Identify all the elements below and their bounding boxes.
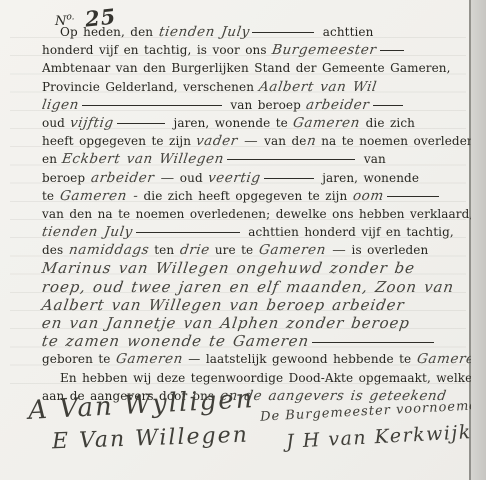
- printed-text: en: [42, 152, 62, 166]
- printed-text: Op heden, den: [60, 25, 159, 39]
- blank-fill-line: [117, 123, 165, 124]
- document-line: honderd vijf en tachtig, is voor ons Bur…: [42, 41, 468, 59]
- document-line: beroep arbeider — oud veertig jaren, won…: [42, 169, 468, 187]
- handwritten-text: vader —: [195, 132, 260, 150]
- handwritten-text: Burgemeester: [271, 41, 378, 59]
- document-line: heeft opgegeven te zijn vader — van den …: [42, 132, 468, 150]
- document-line: geboren te Gameren — laatstelijk gewoond…: [42, 350, 468, 368]
- blank-fill-line: [373, 105, 403, 106]
- printed-text: van beroep: [225, 98, 306, 112]
- death-certificate-scan: No. 25 Op heden, den tienden July achtti…: [0, 0, 486, 480]
- document-line: des namiddags ten drie ure te Gameren — …: [42, 241, 468, 259]
- printed-text: Ambtenaar van den Burgerlijken Stand der…: [42, 61, 451, 75]
- handwritten-text: Marinus van Willegen ongehuwd zonder be: [41, 259, 417, 277]
- document-line: Op heden, den tienden July achttien: [42, 23, 468, 41]
- blank-fill-line: [136, 232, 240, 233]
- document-line: tienden July achttien honderd vijf en ta…: [42, 223, 468, 241]
- printed-text: ten: [149, 243, 180, 257]
- document-line: En hebben wij deze tegenwoordige Dood-Ak…: [42, 369, 468, 387]
- handwritten-text: oom: [351, 187, 384, 205]
- printed-text: achttien honderd vijf en tachtig,: [243, 225, 454, 239]
- document-line: en Eckbert van Willegen van: [42, 150, 468, 168]
- handwritten-text: Gameren —: [257, 241, 347, 259]
- handwritten-text: Gameren -: [58, 187, 139, 205]
- handwritten-text: drie: [178, 241, 210, 259]
- document-line: te zamen wonende te Gameren: [42, 332, 468, 350]
- document-line: Ambtenaar van den Burgerlijken Stand der…: [42, 59, 468, 77]
- printed-text: achttien: [317, 25, 373, 39]
- document-line: en van Jannetje van Alphen zonder beroep: [42, 314, 468, 332]
- handwritten-text: te zamen wonende te Gameren: [41, 332, 311, 350]
- blank-fill-line: [227, 159, 355, 160]
- blank-fill-line: [380, 50, 404, 51]
- printed-text: oud: [174, 171, 208, 185]
- handwritten-text: Aalbert van Wil: [258, 78, 378, 96]
- printed-text: van: [358, 152, 385, 166]
- handwritten-text: vijftig: [69, 114, 115, 132]
- handwritten-text: en van Jannetje van Alphen zonder beroep: [41, 314, 411, 332]
- signature-official: J H van Kerkwijk: [286, 421, 473, 453]
- handwritten-text: n: [305, 132, 317, 150]
- document-line: Aalbert van Willegen van beroep arbeider: [42, 296, 468, 314]
- handwritten-text: Gameren: [115, 350, 185, 368]
- blank-fill-line: [82, 105, 222, 106]
- blank-fill-line: [264, 178, 314, 179]
- printed-text: ure te: [209, 243, 258, 257]
- printed-text: oud: [42, 116, 70, 130]
- printed-text: — laatstelijk gewoond hebbende te: [183, 352, 417, 366]
- printed-text: die zich heeft opgegeven te zijn: [138, 189, 353, 203]
- document-line: Marinus van Willegen ongehuwd zonder be: [42, 259, 468, 277]
- page-edge: [471, 0, 486, 480]
- printed-text: die zich: [360, 116, 415, 130]
- handwritten-text: Eckbert van Willegen: [61, 150, 226, 168]
- document-line: roep, oud twee jaren en elf maanden, Zoo…: [42, 278, 468, 296]
- printed-text: honderd vijf en tachtig, is voor ons: [42, 43, 272, 57]
- printed-text: is overleden: [346, 243, 428, 257]
- blank-fill-line: [312, 342, 434, 343]
- printed-text: na te noemen overledene: [316, 134, 482, 148]
- handwritten-text: Aalbert van Willegen van beroep arbeider: [41, 296, 406, 314]
- document-body: Op heden, den tienden July achttienhonde…: [42, 23, 468, 405]
- handwritten-text: ligen: [41, 96, 81, 114]
- printed-text: van de: [259, 134, 307, 148]
- blank-fill-line: [252, 32, 314, 33]
- handwritten-text: tienden July: [157, 23, 250, 41]
- printed-text: jaren, wonende: [317, 171, 419, 185]
- printed-text: des: [42, 243, 69, 257]
- document-line: oud vijftig jaren, wonende te Gameren di…: [42, 114, 468, 132]
- signature-declarant-2: E Van Willegen: [52, 423, 250, 455]
- handwritten-text: roep, oud twee jaren en elf maanden, Zoo…: [41, 278, 456, 296]
- printed-text: En hebben wij deze tegenwoordige Dood-Ak…: [60, 371, 486, 385]
- blank-fill-line: [387, 196, 439, 197]
- document-line: van den na te noemen overledenen; dewelk…: [42, 205, 468, 223]
- printed-text: geboren te: [42, 352, 116, 366]
- page-edge-line: [469, 0, 471, 480]
- printed-text: Provincie Gelderland, verschenen: [42, 80, 259, 94]
- document-line: Provincie Gelderland, verschenen Aalbert…: [42, 78, 468, 96]
- handwritten-text: namiddags: [67, 241, 150, 259]
- printed-text: te: [42, 189, 60, 203]
- printed-text: beroep: [42, 171, 91, 185]
- document-line: te Gameren - die zich heeft opgegeven te…: [42, 187, 468, 205]
- handwritten-text: arbeider —: [89, 169, 175, 187]
- document-line: ligen van beroep arbeider: [42, 96, 468, 114]
- printed-text: heeft opgegeven te zijn: [42, 134, 196, 148]
- handwritten-text: veertig: [207, 169, 262, 187]
- handwritten-text: arbeider: [305, 96, 371, 114]
- handwritten-text: Gameren: [292, 114, 362, 132]
- handwritten-text: tienden July: [41, 223, 134, 241]
- printed-text: jaren, wonende te: [168, 116, 293, 130]
- printed-text: van den na te noemen overledenen; dewelk…: [42, 207, 486, 221]
